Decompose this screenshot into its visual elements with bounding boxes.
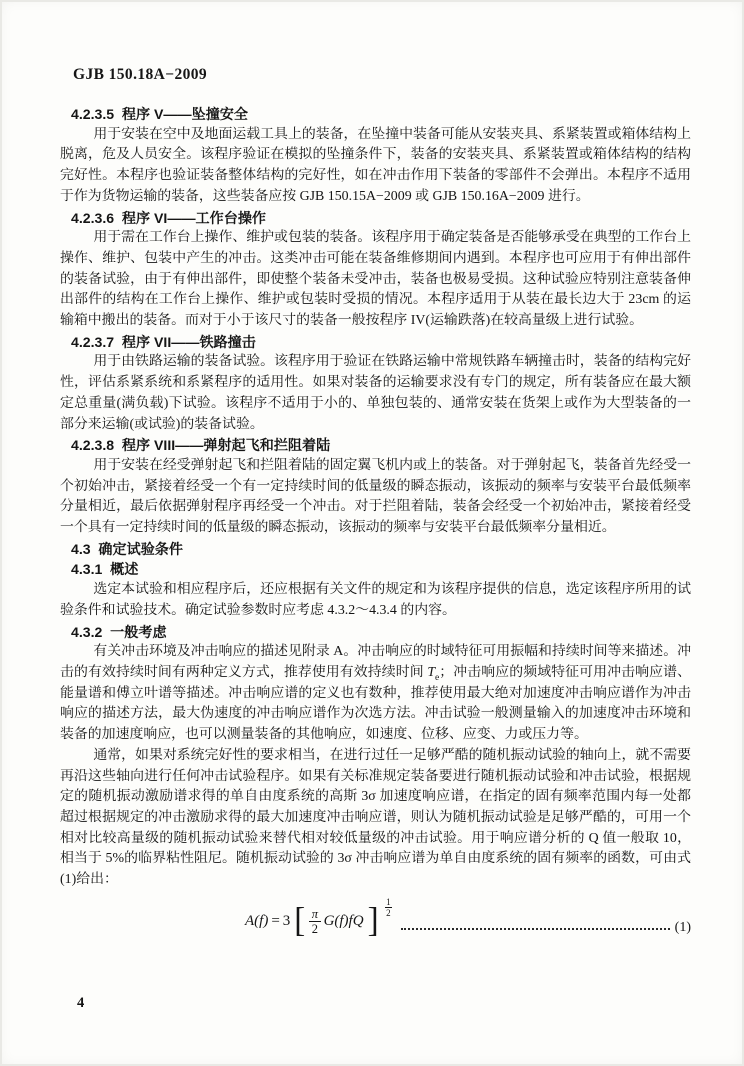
paragraph-4-2-3-8: 用于安装在经受弹射起飞和拦阻着陆的固定翼飞机内或上的装备。对于弹射起飞，装备首先… bbox=[60, 456, 691, 539]
formula-lhs: A(f) bbox=[245, 911, 268, 932]
formula-inner-term: G(f)fQ bbox=[324, 911, 364, 932]
document-content: 4.2.3.5 程序 V——坠撞安全 用于安装在空中及地面运载工具上的装备，在坠… bbox=[60, 104, 691, 947]
heading-4-2-3-8: 4.2.3.8 程序 VIII——弹射起飞和拦阻着陆 bbox=[60, 435, 691, 456]
equals-sign: = bbox=[271, 911, 279, 932]
page-number: 4 bbox=[77, 995, 84, 1012]
paragraph-4-2-3-7: 用于由铁路运输的装备试验。该程序用于验证在铁路运输中常规铁路车辆撞击时，装备的结… bbox=[60, 352, 691, 435]
formula-coefficient: 3 bbox=[283, 911, 291, 932]
paragraph-4-2-3-6: 用于需在工作台上操作、维护或包装的装备。该程序用于确定装备是否能够承受在典型的工… bbox=[60, 228, 691, 332]
symbol-T: T bbox=[427, 665, 435, 680]
exponent-one-half: 12 bbox=[385, 897, 393, 919]
paragraph-4-3-2-general: 有关冲击环境及冲击响应的描述见附录 A。冲击响应的时域特征可用振幅和持续时间等来… bbox=[60, 642, 691, 746]
heading-4-3-1: 4.3.1 概述 bbox=[60, 559, 691, 580]
heading-4-2-3-5: 4.2.3.5 程序 V——坠撞安全 bbox=[60, 104, 691, 125]
right-bracket: ] bbox=[368, 904, 379, 939]
formula-1: A(f) = 3 [ π2 G(f)fQ ] 12 (1) bbox=[245, 897, 691, 947]
heading-4-2-3-6: 4.2.3.6 程序 VI——工作台操作 bbox=[60, 208, 691, 229]
standard-code-header: GJB 150.18A−2009 bbox=[73, 66, 207, 84]
formula-number: (1) bbox=[675, 918, 691, 939]
dotted-leader bbox=[401, 928, 670, 930]
left-bracket: [ bbox=[294, 904, 305, 939]
paragraph-4-2-3-5: 用于安装在空中及地面运载工具上的装备，在坠撞中装备可能从安装夹具、系紧装置或箱体… bbox=[60, 125, 691, 208]
heading-4-3-2: 4.3.2 一般考虑 bbox=[60, 622, 691, 643]
paragraph-4-3-1: 选定本试验和相应程序后，还应根据有关文件的规定和为该程序提供的信息，选定该程序所… bbox=[60, 580, 691, 621]
heading-4-2-3-7: 4.2.3.7 程序 VII——铁路撞击 bbox=[60, 332, 691, 353]
document-page: GJB 150.18A−2009 4.2.3.5 程序 V——坠撞安全 用于安装… bbox=[0, 0, 744, 1066]
pi-over-2-fraction: π2 bbox=[309, 907, 320, 936]
formula-equation: A(f) = 3 [ π2 G(f)fQ ] 12 bbox=[245, 905, 392, 938]
heading-4-3: 4.3 确定试验条件 bbox=[60, 539, 691, 560]
paragraph-4-3-2-random-vibration: 通常，如果对系统完好性的要求相当，在进行过任一足够严酷的随机振动试验的轴向上，就… bbox=[60, 746, 691, 891]
